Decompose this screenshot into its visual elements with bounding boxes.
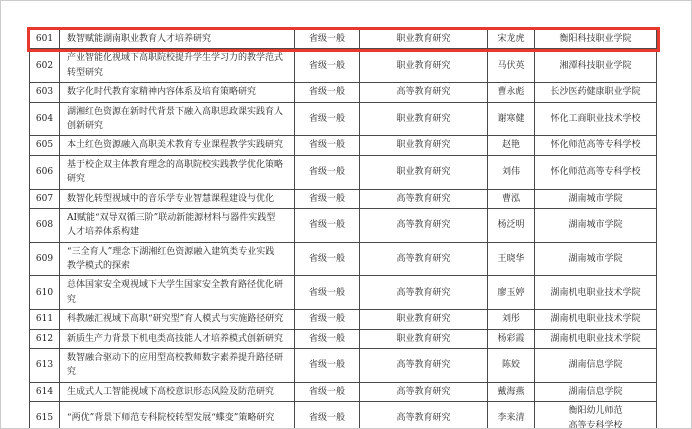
project-level-cell: 省级一般	[295, 329, 360, 348]
project-person-cell: 曹永彪	[488, 83, 535, 102]
project-title-cell: “两优”背景下师范专科院校转型发展“蝶变”策略研究	[60, 402, 295, 429]
project-level-cell: 省级一般	[295, 102, 360, 136]
project-title-cell: “三全育人”理念下湖湘红色资源融入建筑类专业实践 教学模式的探索	[60, 242, 295, 276]
project-category-cell: 职业教育研究	[360, 30, 488, 49]
project-institution-cell: 湖南城市学院	[535, 208, 657, 242]
project-number-cell: 609	[30, 242, 60, 276]
project-institution-cell: 湘潭科技职业学院	[535, 49, 657, 83]
project-person-cell: 李来清	[488, 402, 535, 429]
project-institution-cell: 长沙医药健康职业学院	[535, 83, 657, 102]
table-row: 608 AI赋能“双导双循三阶”联动新能源材料与器件实践型 人才培养体系构建 省…	[30, 208, 657, 242]
table-row: 613 数智融合驱动下的应用型高校教师数字素养提升路径研究 省级一般 高等教育研…	[30, 349, 657, 383]
project-person-cell: 杨彩霞	[488, 329, 535, 348]
project-category-cell: 高等教育研究	[360, 83, 488, 102]
project-level-cell: 省级一般	[295, 189, 360, 208]
project-title-cell: AI赋能“双导双循三阶”联动新能源材料与器件实践型 人才培养体系构建	[60, 208, 295, 242]
project-number-cell: 606	[30, 155, 60, 189]
project-institution-cell: 衡阳幼儿师范 高等专科学校	[535, 402, 657, 429]
project-category-cell: 职业教育研究	[360, 49, 488, 83]
project-title-cell: 数智融合驱动下的应用型高校教师数字素养提升路径研究	[60, 349, 295, 383]
table-row: 611 科教融汇视域下高职“研究型”育人模式与实施路径研究 省级一般 职业教育研…	[30, 310, 657, 329]
project-category-cell: 高等教育研究	[360, 189, 488, 208]
project-person-cell: 谢寒健	[488, 102, 535, 136]
project-level-cell: 省级一般	[295, 276, 360, 310]
project-category-cell: 高等教育研究	[360, 349, 488, 383]
project-person-cell: 马伏英	[488, 49, 535, 83]
project-person-cell: 宋龙虎	[488, 30, 535, 49]
table-row: 612 新质生产力背景下机电类高技能人才培养模式创新研究 省级一般 职业教育研究…	[30, 329, 657, 348]
project-institution-cell: 怀化工商职业技术学校	[535, 102, 657, 136]
table-row: 605 本土红色资源融入高职美术教育专业课程教学实践研究 省级一般 职业教育研究…	[30, 136, 657, 155]
project-category-cell: 高等教育研究	[360, 242, 488, 276]
project-number-cell: 613	[30, 349, 60, 383]
project-title-cell: 总体国家安全观视域下大学生国家安全教育路径优化研究	[60, 276, 295, 310]
project-number-cell: 615	[30, 402, 60, 429]
project-level-cell: 省级一般	[295, 49, 360, 83]
project-category-cell: 高等教育研究	[360, 402, 488, 429]
project-category-cell: 高等教育研究	[360, 382, 488, 401]
table-row: 610 总体国家安全观视域下大学生国家安全教育路径优化研究 省级一般 高等教育研…	[30, 276, 657, 310]
table-row: 614 生成式人工智能视域下高校意识形态风险及防范研究 省级一般 高等教育研究 …	[30, 382, 657, 401]
project-level-cell: 省级一般	[295, 402, 360, 429]
project-level-cell: 省级一般	[295, 310, 360, 329]
project-institution-cell: 湖南机电职业技术学院	[535, 310, 657, 329]
project-person-cell: 曹泓	[488, 189, 535, 208]
project-number-cell: 604	[30, 102, 60, 136]
table-row: 606 基于校企双主体教育理念的高职院校实践教学优化策略 研究 省级一般 职业教…	[30, 155, 657, 189]
project-level-cell: 省级一般	[295, 155, 360, 189]
project-number-cell: 601	[30, 30, 60, 49]
project-level-cell: 省级一般	[295, 208, 360, 242]
project-category-cell: 职业教育研究	[360, 102, 488, 136]
project-title-cell: 生成式人工智能视域下高校意识形态风险及防范研究	[60, 382, 295, 401]
project-institution-cell: 湖南机电职业技术学院	[535, 276, 657, 310]
project-person-cell: 赵艳	[488, 136, 535, 155]
project-title-cell: 新质生产力背景下机电类高技能人才培养模式创新研究	[60, 329, 295, 348]
project-person-cell: 王晓华	[488, 242, 535, 276]
project-level-cell: 省级一般	[295, 83, 360, 102]
project-title-cell: 产业智能化视域下高职院校提升学生学习力的教学范式 转型研究	[60, 49, 295, 83]
projects-table: 601 数智赋能湖南职业教育人才培养研究 省级一般 职业教育研究 宋龙虎 衡阳科…	[29, 29, 657, 429]
table-row: 604 湖湘红色资源在新时代背景下融入高职思政课实践育人 创新研究 省级一般 职…	[30, 102, 657, 136]
project-title-cell: 科教融汇视域下高职“研究型”育人模式与实施路径研究	[60, 310, 295, 329]
project-institution-cell: 湖南信息学院	[535, 382, 657, 401]
project-institution-cell: 怀化师范高等专科学校	[535, 155, 657, 189]
project-title-cell: 基于校企双主体教育理念的高职院校实践教学优化策略 研究	[60, 155, 295, 189]
project-person-cell: 戴海燕	[488, 382, 535, 401]
project-person-cell: 陈姣	[488, 349, 535, 383]
project-level-cell: 省级一般	[295, 382, 360, 401]
project-category-cell: 高等教育研究	[360, 276, 488, 310]
project-number-cell: 603	[30, 83, 60, 102]
project-institution-cell: 湖南城市学院	[535, 242, 657, 276]
project-level-cell: 省级一般	[295, 30, 360, 49]
project-title-cell: 湖湘红色资源在新时代背景下融入高职思政课实践育人 创新研究	[60, 102, 295, 136]
project-level-cell: 省级一般	[295, 242, 360, 276]
project-category-cell: 高等教育研究	[360, 208, 488, 242]
project-institution-cell: 湖南信息学院	[535, 349, 657, 383]
project-institution-cell: 湖南城市学院	[535, 189, 657, 208]
project-institution-cell: 湖南机电职业技术学院	[535, 329, 657, 348]
project-institution-cell: 衡阳科技职业学院	[535, 30, 657, 49]
document-page: 601 数智赋能湖南职业教育人才培养研究 省级一般 职业教育研究 宋龙虎 衡阳科…	[0, 0, 692, 429]
project-number-cell: 607	[30, 189, 60, 208]
table-row: 615 “两优”背景下师范专科院校转型发展“蝶变”策略研究 省级一般 高等教育研…	[30, 402, 657, 429]
projects-table-body: 601 数智赋能湖南职业教育人才培养研究 省级一般 职业教育研究 宋龙虎 衡阳科…	[30, 30, 657, 429]
project-institution-cell: 怀化师范高等专科学校	[535, 136, 657, 155]
project-number-cell: 611	[30, 310, 60, 329]
project-number-cell: 610	[30, 276, 60, 310]
project-level-cell: 省级一般	[295, 349, 360, 383]
project-title-cell: 数智赋能湖南职业教育人才培养研究	[60, 30, 295, 49]
project-person-cell: 刘彤	[488, 310, 535, 329]
table-row: 607 数智化转型视域中的音乐学专业智慧课程建设与优化 省级一般 高等教育研究 …	[30, 189, 657, 208]
project-category-cell: 职业教育研究	[360, 136, 488, 155]
project-person-cell: 廖玉婷	[488, 276, 535, 310]
project-number-cell: 605	[30, 136, 60, 155]
project-title-cell: 本土红色资源融入高职美术教育专业课程教学实践研究	[60, 136, 295, 155]
table-row: 602 产业智能化视域下高职院校提升学生学习力的教学范式 转型研究 省级一般 职…	[30, 49, 657, 83]
project-number-cell: 612	[30, 329, 60, 348]
project-category-cell: 职业教育研究	[360, 310, 488, 329]
table-row: 601 数智赋能湖南职业教育人才培养研究 省级一般 职业教育研究 宋龙虎 衡阳科…	[30, 30, 657, 49]
project-level-cell: 省级一般	[295, 136, 360, 155]
project-category-cell: 职业教育研究	[360, 329, 488, 348]
table-row: 609 “三全育人”理念下湖湘红色资源融入建筑类专业实践 教学模式的探索 省级一…	[30, 242, 657, 276]
project-title-cell: 数字化时代教育家精神内容体系及培育策略研究	[60, 83, 295, 102]
project-title-cell: 数智化转型视域中的音乐学专业智慧课程建设与优化	[60, 189, 295, 208]
table-row: 603 数字化时代教育家精神内容体系及培育策略研究 省级一般 高等教育研究 曹永…	[30, 83, 657, 102]
project-number-cell: 608	[30, 208, 60, 242]
project-number-cell: 602	[30, 49, 60, 83]
project-number-cell: 614	[30, 382, 60, 401]
project-person-cell: 杨泛明	[488, 208, 535, 242]
project-person-cell: 刘伟	[488, 155, 535, 189]
project-category-cell: 职业教育研究	[360, 155, 488, 189]
